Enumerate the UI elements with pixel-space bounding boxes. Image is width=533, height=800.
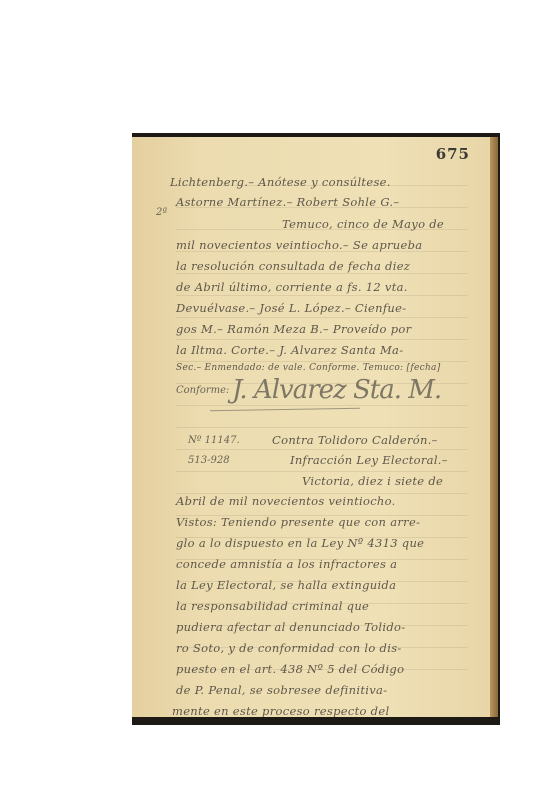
entry1-line: la resolución consultada de fecha diez [176, 259, 410, 273]
entry2-line: de P. Penal, se sobresee definitiva- [176, 683, 387, 697]
ledger-page: 675 Lichtenberg.– Anótese y consúltese. … [132, 137, 490, 717]
entry2-line: la Ley Electoral, se halla extinguida [176, 578, 396, 592]
entry1-line: Astorne Martínez.– Robert Sohle G.– [176, 195, 399, 209]
entry2-line: pudiera afectar al denunciado Tolido- [176, 620, 405, 634]
page-number: 675 [436, 145, 470, 163]
entry1-line: de Abril último, corriente a fs. 12 vta. [176, 280, 408, 294]
entry2-line: mente en este proceso respecto del [172, 704, 389, 717]
entry2-title-line: Infracción Ley Electoral.– [290, 453, 448, 467]
entry2-line: Victoria, diez i siete de [302, 474, 443, 488]
entry2-line: glo a lo dispuesto en la Ley Nº 4313 que [176, 536, 424, 550]
entry2-line: Abril de mil novecientos veintiocho. [176, 494, 396, 508]
entry1-line: gos M.– Ramón Meza B.– Proveído por [176, 322, 411, 336]
entry1-line: la Iltma. Corte.– J. Alvarez Santa Ma- [176, 343, 403, 357]
attestation-label: Conforme: [176, 385, 229, 396]
entry2-line: Vistos: Teniendo presente que con arre- [176, 515, 420, 529]
entry2-title-line: Contra Tolidoro Calderón.– [272, 433, 438, 447]
entry1-line: Devuélvase.– José L. López.– Cienfue- [176, 301, 406, 315]
entry1-line: Lichtenberg.– Anótese y consúltese. [170, 175, 391, 189]
entry2-line: concede amnistía a los infractores a [176, 557, 397, 571]
entry1-margin-label: 2ª [156, 207, 167, 218]
signature: J. Alvarez Sta. M. [232, 375, 441, 405]
entry2-margin-ref: 513-928 [188, 455, 230, 466]
entry1-line: mil novecientos veintiocho.– Se aprueba [176, 238, 422, 252]
entry1-line: Temuco, cinco de Mayo de [282, 217, 444, 231]
entry2-margin-number: Nº 11147. [188, 435, 240, 446]
entry2-line: la responsabilidad criminal que [176, 599, 369, 613]
entry1-line: Sec.– Enmendado: de vale. Conforme. Temu… [176, 363, 441, 373]
page-edge [490, 137, 498, 717]
entry2-line: ro Soto, y de conformidad con lo dis- [176, 641, 402, 655]
entry2-line: puesto en el art. 438 Nº 5 del Código [176, 662, 404, 676]
